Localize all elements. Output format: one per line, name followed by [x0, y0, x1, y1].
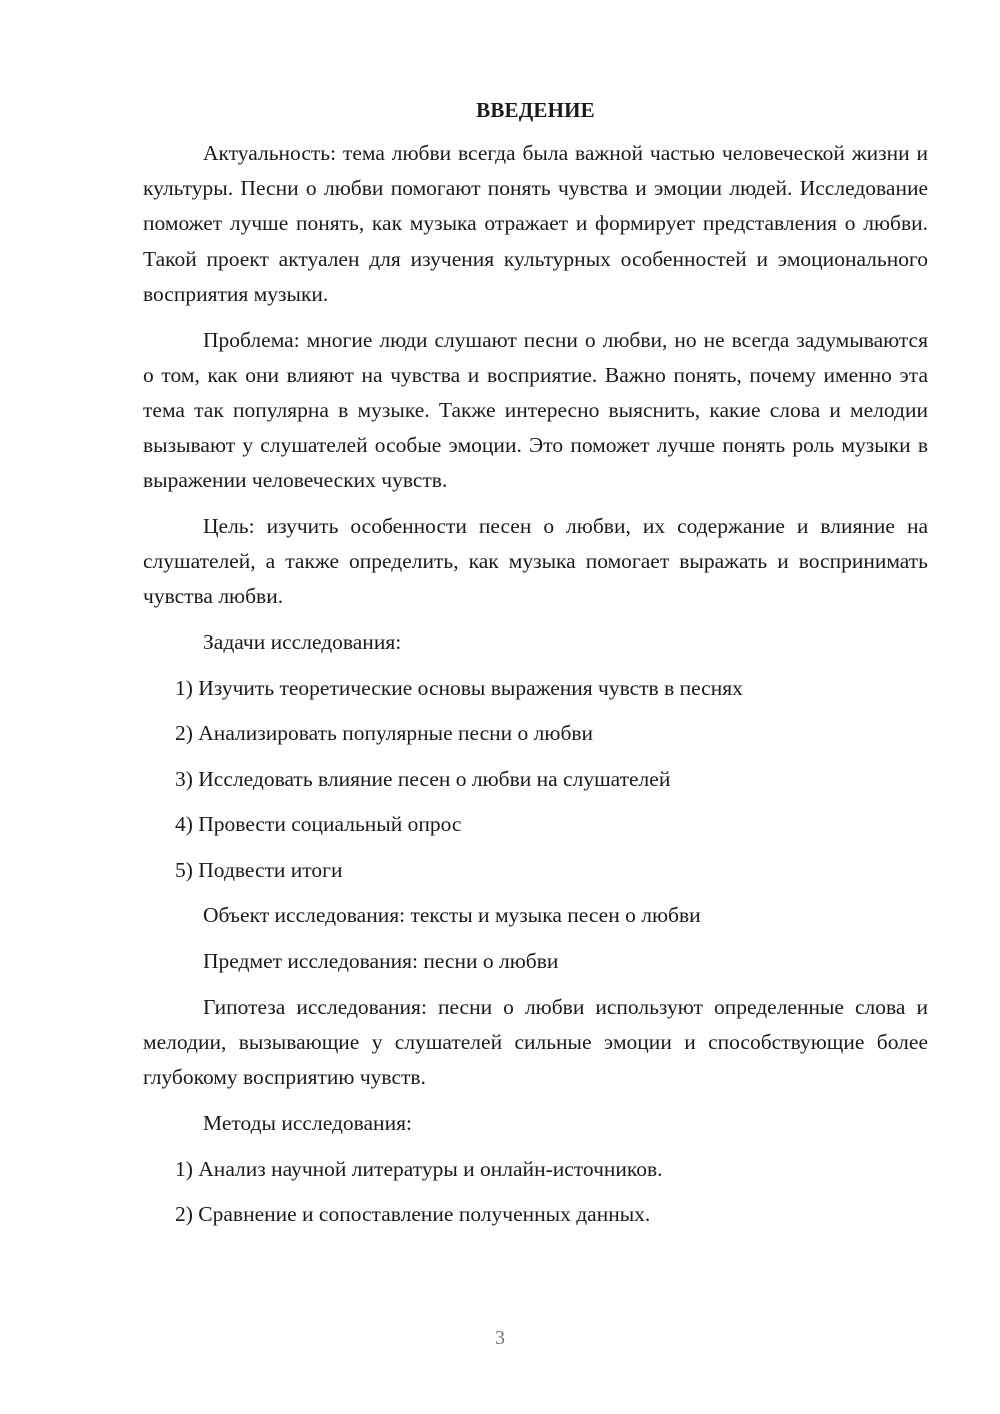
task-item: 4) Провести социальный опрос [175, 807, 928, 842]
methods-list: 1) Анализ научной литературы и онлайн-ис… [143, 1152, 928, 1233]
task-item: 2) Анализировать популярные песни о любв… [175, 716, 928, 751]
relevance-paragraph: Актуальность: тема любви всегда была важ… [143, 136, 928, 312]
task-item: 1) Изучить теоретические основы выражени… [175, 671, 928, 706]
method-item: 2) Сравнение и сопоставление полученных … [175, 1197, 928, 1232]
page-title: ВВЕДЕНИЕ [143, 96, 928, 124]
document-page: ВВЕДЕНИЕ Актуальность: тема любви всегда… [143, 96, 928, 1243]
problem-paragraph: Проблема: многие люди слушают песни о лю… [143, 323, 928, 499]
task-item: 3) Исследовать влияние песен о любви на … [175, 762, 928, 797]
hypothesis-paragraph: Гипотеза исследования: песни о любви исп… [143, 990, 928, 1096]
tasks-heading: Задачи исследования: [143, 625, 928, 660]
page-number: 3 [0, 1327, 1000, 1350]
methods-heading: Методы исследования: [143, 1106, 928, 1141]
task-item: 5) Подвести итоги [175, 853, 928, 888]
goal-paragraph: Цель: изучить особенности песен о любви,… [143, 509, 928, 615]
subject-paragraph: Предмет исследования: песни о любви [143, 944, 928, 979]
method-item: 1) Анализ научной литературы и онлайн-ис… [175, 1152, 928, 1187]
object-paragraph: Объект исследования: тексты и музыка пес… [143, 898, 928, 933]
tasks-list: 1) Изучить теоретические основы выражени… [143, 671, 928, 888]
